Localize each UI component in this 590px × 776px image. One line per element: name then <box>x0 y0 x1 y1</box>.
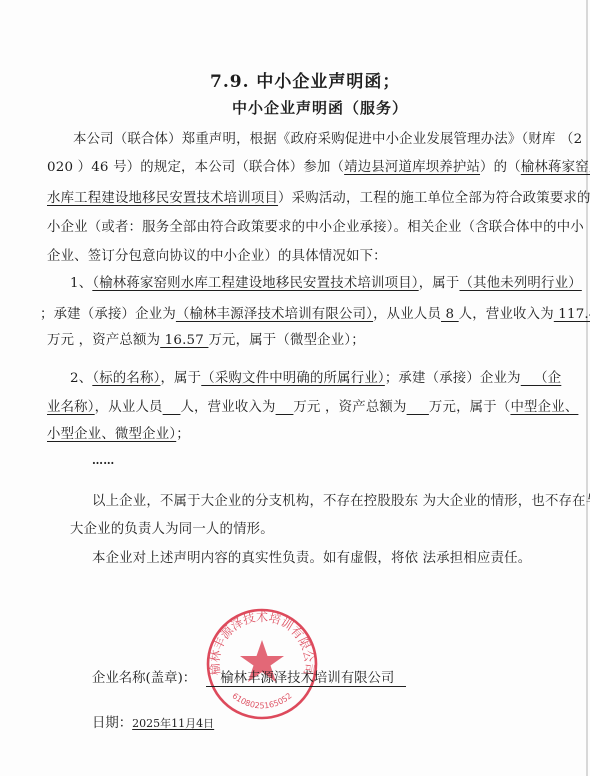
item1-industry: （其他未列明行业） <box>459 276 581 291</box>
intro-line-1: 本公司（联合体）郑重声明，根据《政府采购促进中小企业发展管理办法》（财库 （2 <box>73 128 582 147</box>
item1-line-3: 万元 ，资产总额为 16.57 万元，属于（微型企业）； <box>47 329 365 348</box>
page-edge <box>586 0 588 776</box>
svg-text:6108025165052: 6108025165052 <box>230 691 293 710</box>
project-name-part2: 水库工程建设地移民安置技术培训项目 <box>47 191 278 206</box>
item1-project: （榆林蒋家窑则水库工程建设地移民安置技术培训项目） <box>92 276 418 291</box>
item1-line-2: ；承建（承接）企业为（榆林丰源泽技术培训有限公司），从业人员 8 人，营业收入为… <box>40 303 590 322</box>
intro-line-4: 小企业（或者：服务全部由符合政策要求的中小企业承接）。相关企业（含联合体中的中小 <box>47 216 584 235</box>
signature-line: 企业名称(盖章)：榆林丰源泽技术培训有限公司 <box>92 667 406 687</box>
item2-industry: （采购文件中明确的所属行业） <box>201 371 385 386</box>
intro-line-3: 水库工程建设地移民安置技术培训项目）采购活动，工程的施工单位全部为符合政策要求的… <box>47 187 590 206</box>
item2-company-a: （企 <box>521 371 562 386</box>
item2-subject: （标的名称） <box>92 371 160 386</box>
date-value: 2025年11月4日 <box>132 717 214 730</box>
item2-line-1: 2、（标的名称），属于（采购文件中明确的所属行业）；承建（承接）企业为 （企 <box>70 367 561 386</box>
item1-company: （榆林丰源泽技术培训有限公司） <box>176 307 373 322</box>
ellipsis: …… <box>92 454 114 467</box>
date-line: 日期：2025年11月4日 <box>92 712 214 731</box>
item2-line-2: 业名称），从业人员 人，营业收入为 万元 ，资产总额为 万元，属于（中型企业、 <box>47 396 578 415</box>
item2-assets-blank <box>407 400 429 415</box>
signature-company: 榆林丰源泽技术培训有限公司 <box>206 667 406 687</box>
section-title: 7.9. 中小企业声明函； <box>210 67 400 92</box>
intro-line-2: 020 ）46 号）的规定，本公司（联合体）参加（靖边县河道库坝养护站）的（榆林… <box>47 156 590 175</box>
item2-staff-blank <box>163 400 181 415</box>
item2-size-a: 中型企业、 <box>510 400 578 415</box>
purchaser-name: 靖边县河道库坝养护站 <box>344 160 480 175</box>
item1-assets: 16.57 <box>160 333 208 348</box>
item2-size-b: 小型企业、微型企业） <box>47 427 176 442</box>
item1-line-1: 1、（榆林蒋家窑则水库工程建设地移民安置技术培训项目），属于（其他未列明行业） <box>70 272 582 291</box>
para4: 本企业对上述声明内容的真实性负责。如有虚假，将依 法承担相应责任。 <box>92 547 531 566</box>
para3-line-2: 大企业的负责人为同一人的情形。 <box>70 518 274 537</box>
project-name-part1: 榆林蒋家窑则 <box>521 160 590 175</box>
item2-revenue-blank <box>276 400 294 415</box>
company-seal-icon: 榆林丰源泽技术培训有限公司 6108025165052 <box>205 607 319 721</box>
signature-label: 企业名称(盖章)： <box>92 671 196 686</box>
date-label: 日期： <box>92 716 132 731</box>
intro-line-5: 企业、签订分包意向协议的中小企业）的具体情况如下： <box>47 245 387 264</box>
para3-line-1: 以上企业，不属于大企业的分支机构，不存在控股股东 为大企业的情形，也不存在与 <box>92 490 590 509</box>
document-subtitle: 中小企业声明函（服务） <box>232 97 408 118</box>
item2-company-b: 业名称） <box>47 400 95 415</box>
item1-staff: 8 <box>441 307 459 322</box>
item1-revenue: 117.45 <box>554 307 590 322</box>
item2-line-3: 小型企业、微型企业）； <box>47 423 190 442</box>
